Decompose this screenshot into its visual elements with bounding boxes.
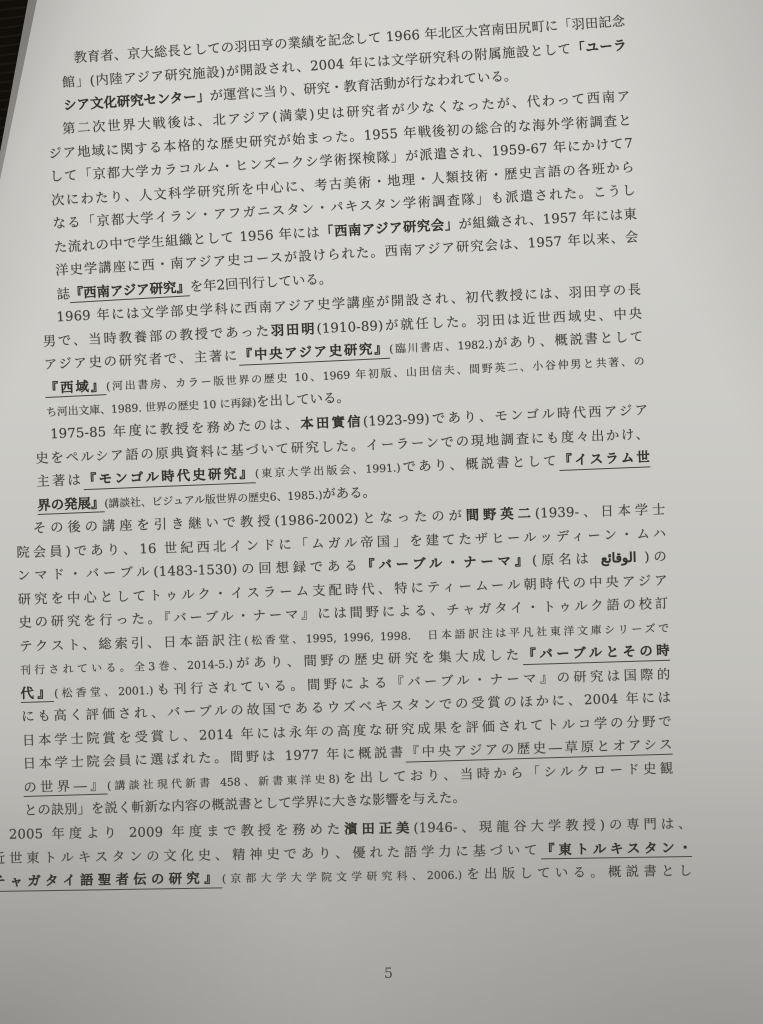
text-segment: 『東トルキスタン・ — [541, 840, 692, 859]
document-text: 教育者、京大総長としての羽田亨の業績を記念して 1966 年北区大宮南田尻町に「… — [0, 0, 763, 1024]
text-segment: 刊行されている。全3巻、2014-5.) — [20, 658, 233, 677]
text-segment: (東京大学出版会、1991.) — [255, 461, 401, 480]
text-segment: 代』 — [20, 686, 54, 703]
text-segment: を出している。 — [256, 390, 350, 409]
paragraph: 2005 年度より 2009 年度まで教授を務めた濱田正美(1946-、現龍谷大… — [0, 813, 692, 894]
text-segment: 『バーブルとその時 — [522, 644, 669, 665]
text-segment: (松香堂、2001.) — [54, 684, 154, 700]
page-number: 5 — [384, 966, 394, 982]
text-segment: 『イスラム世 — [559, 450, 651, 470]
text-segment: を年2回刊行している。 — [189, 271, 332, 294]
text-segment: 近世東トルキスタンの文化史、精神史であり、優れた語学力に基づいて — [0, 842, 541, 866]
photo-frame: 教育者、京大総長としての羽田亨の業績を記念して 1966 年北区大宮南田尻町に「… — [0, 0, 763, 1024]
text-segment: 主著は — [36, 473, 83, 490]
text-segment: チャガタイ語聖者伝の研究』 — [0, 871, 222, 891]
text-segment: 『バーブル・ナーマ』 — [361, 554, 532, 574]
text-segment: があり、概説書として — [492, 329, 643, 351]
text-segment: (講談社、ビジュアル版世界の歴史6、1985.) — [104, 488, 323, 510]
text-segment: 羽田明 — [271, 321, 317, 338]
text-segment: 『モンゴル時代史研究』 — [83, 466, 255, 489]
text-segment: (1939-、日本学士 — [535, 503, 666, 522]
text-segment: )の — [636, 550, 667, 566]
paper-sheet: 教育者、京大総長としての羽田亨の業績を記念して 1966 年北区大宮南田尻町に「… — [0, 0, 763, 1024]
text-segment: アジア史の研究者で、主著に — [44, 348, 240, 372]
paragraph: その後の講座を引き継いで教授(1986-2002)となったのが間野英二(1939… — [15, 499, 674, 824]
text-segment: 『中央アジア史研究』 — [239, 341, 390, 365]
text-segment: があり、間野の歴史研究を集大成した — [233, 648, 523, 672]
text-segment: (臨川書店、1982.) — [389, 337, 493, 355]
text-segment: 濱田正美 — [344, 821, 413, 837]
text-segment: 『西域』 — [45, 378, 107, 397]
text-segment: (原名は — [532, 552, 601, 569]
text-segment: 「ユーラ — [571, 38, 627, 57]
text-segment: (1946-、現龍谷大学教授)の専門は、 — [413, 817, 691, 836]
text-segment: (講談社現代新書 458、新書東洋史8) — [107, 772, 340, 792]
text-segment: (京都大学大学院文学研究科、2006.) — [222, 868, 462, 885]
text-segment: 界の発展』 — [37, 496, 105, 515]
text-segment: ち河出文庫、1989. 世界の歴史 10 に再録) — [46, 396, 257, 419]
text-segment: 「西南アジア研究会」 — [320, 217, 459, 240]
text-segment: であり、概説書として — [400, 454, 559, 475]
text-segment: 間野英二 — [466, 507, 535, 524]
text-segment: 2005 年度より 2009 年度まで教授を務めた — [0, 822, 344, 843]
paragraph: 第二次世界大戦後は、北アジア(満蒙)史は研究者が少なくなったが、代わって西南アジ… — [47, 85, 641, 306]
text-segment: الوقائع — [601, 551, 637, 567]
text-segment: の世界―』 — [23, 778, 107, 797]
text-segment: テクスト、総索引、日本語訳注 — [19, 633, 244, 655]
text-segment: 本田實信 — [300, 415, 363, 432]
text-segment: 『西南アジア研究』 — [70, 279, 191, 302]
text-segment: を出版している。概説書とし — [462, 864, 692, 883]
text-segment: がある。 — [322, 485, 376, 502]
